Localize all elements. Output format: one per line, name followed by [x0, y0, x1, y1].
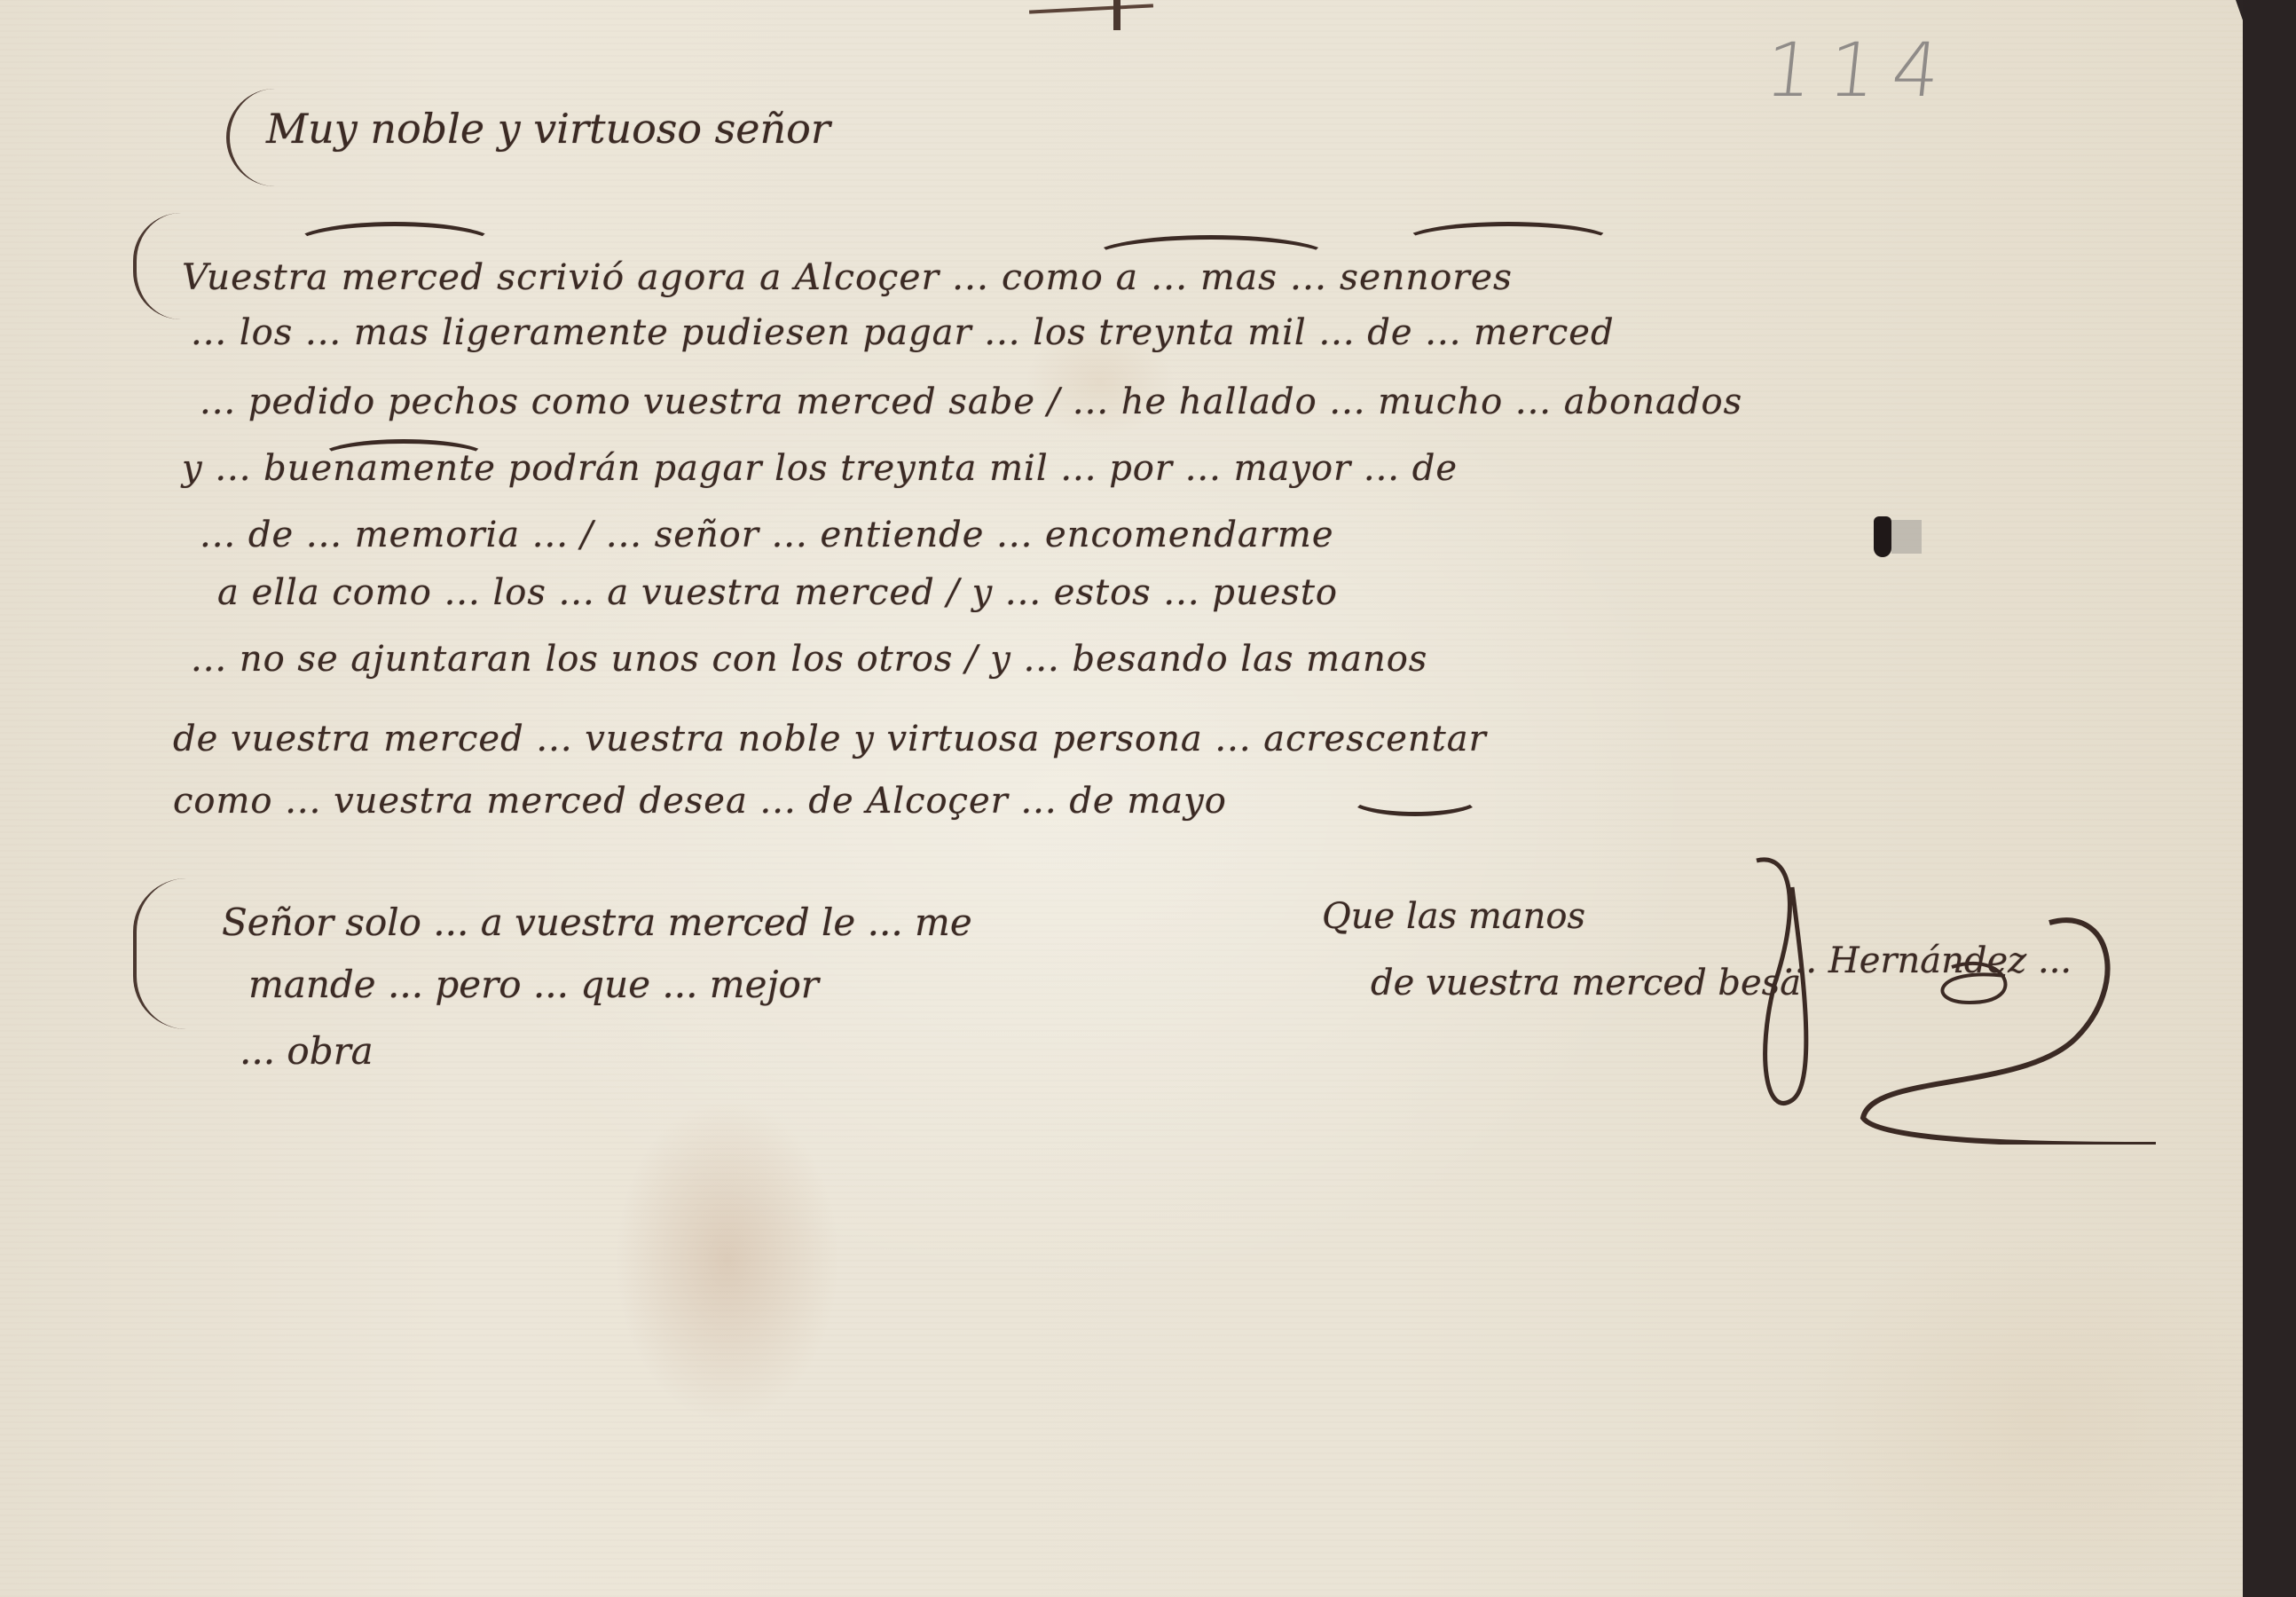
body-line-9: como ... vuestra merced desea ... de Alc… — [173, 781, 1227, 822]
top-cross-mark — [1113, 0, 1120, 30]
postscript-flourish — [133, 878, 190, 1029]
manuscript-page: 114 Muy noble y virtuoso señor Vuestra m… — [0, 0, 2271, 1597]
ink-flourish — [319, 439, 488, 475]
signature-rubric-icon — [1739, 852, 2165, 1145]
top-ink-stroke — [1029, 4, 1153, 13]
postscript-line-1: Señor solo ... a vuestra merced le ... m… — [222, 901, 972, 944]
body-line-3: ... pedido pechos como vuestra merced sa… — [200, 382, 1742, 422]
postscript-line-3: ... obra — [240, 1029, 373, 1073]
paper-hole — [1874, 516, 1891, 557]
body-line-6: a ella como ... los ... a vuestra merced… — [217, 572, 1338, 613]
ink-flourish — [1349, 781, 1482, 816]
closing-line-1: Que las manos — [1322, 896, 1585, 937]
postscript-line-2: mande ... pero ... que ... mejor — [248, 963, 819, 1006]
closing-line-2: de vuestra merced besa — [1371, 963, 1801, 1003]
paper-hole-shadow — [1891, 520, 1922, 554]
ink-flourish — [1091, 235, 1331, 279]
body-line-7: ... no se ajuntaran los unos con los otr… — [191, 639, 1427, 680]
body-line-2: ... los ... mas ligeramente pudiesen pag… — [191, 312, 1615, 353]
ink-flourish — [293, 222, 497, 266]
body-initial-flourish — [133, 213, 181, 319]
body-line-5: ... de ... memoria ... / ... señor ... e… — [200, 515, 1334, 555]
body-line-8: de vuestra merced ... vuestra noble y vi… — [173, 719, 1487, 759]
ink-flourish — [1402, 222, 1615, 263]
folio-number: 114 — [1761, 27, 1961, 114]
salutation: Muy noble y virtuoso señor — [266, 105, 830, 153]
scan-background-edge — [2243, 0, 2296, 1597]
